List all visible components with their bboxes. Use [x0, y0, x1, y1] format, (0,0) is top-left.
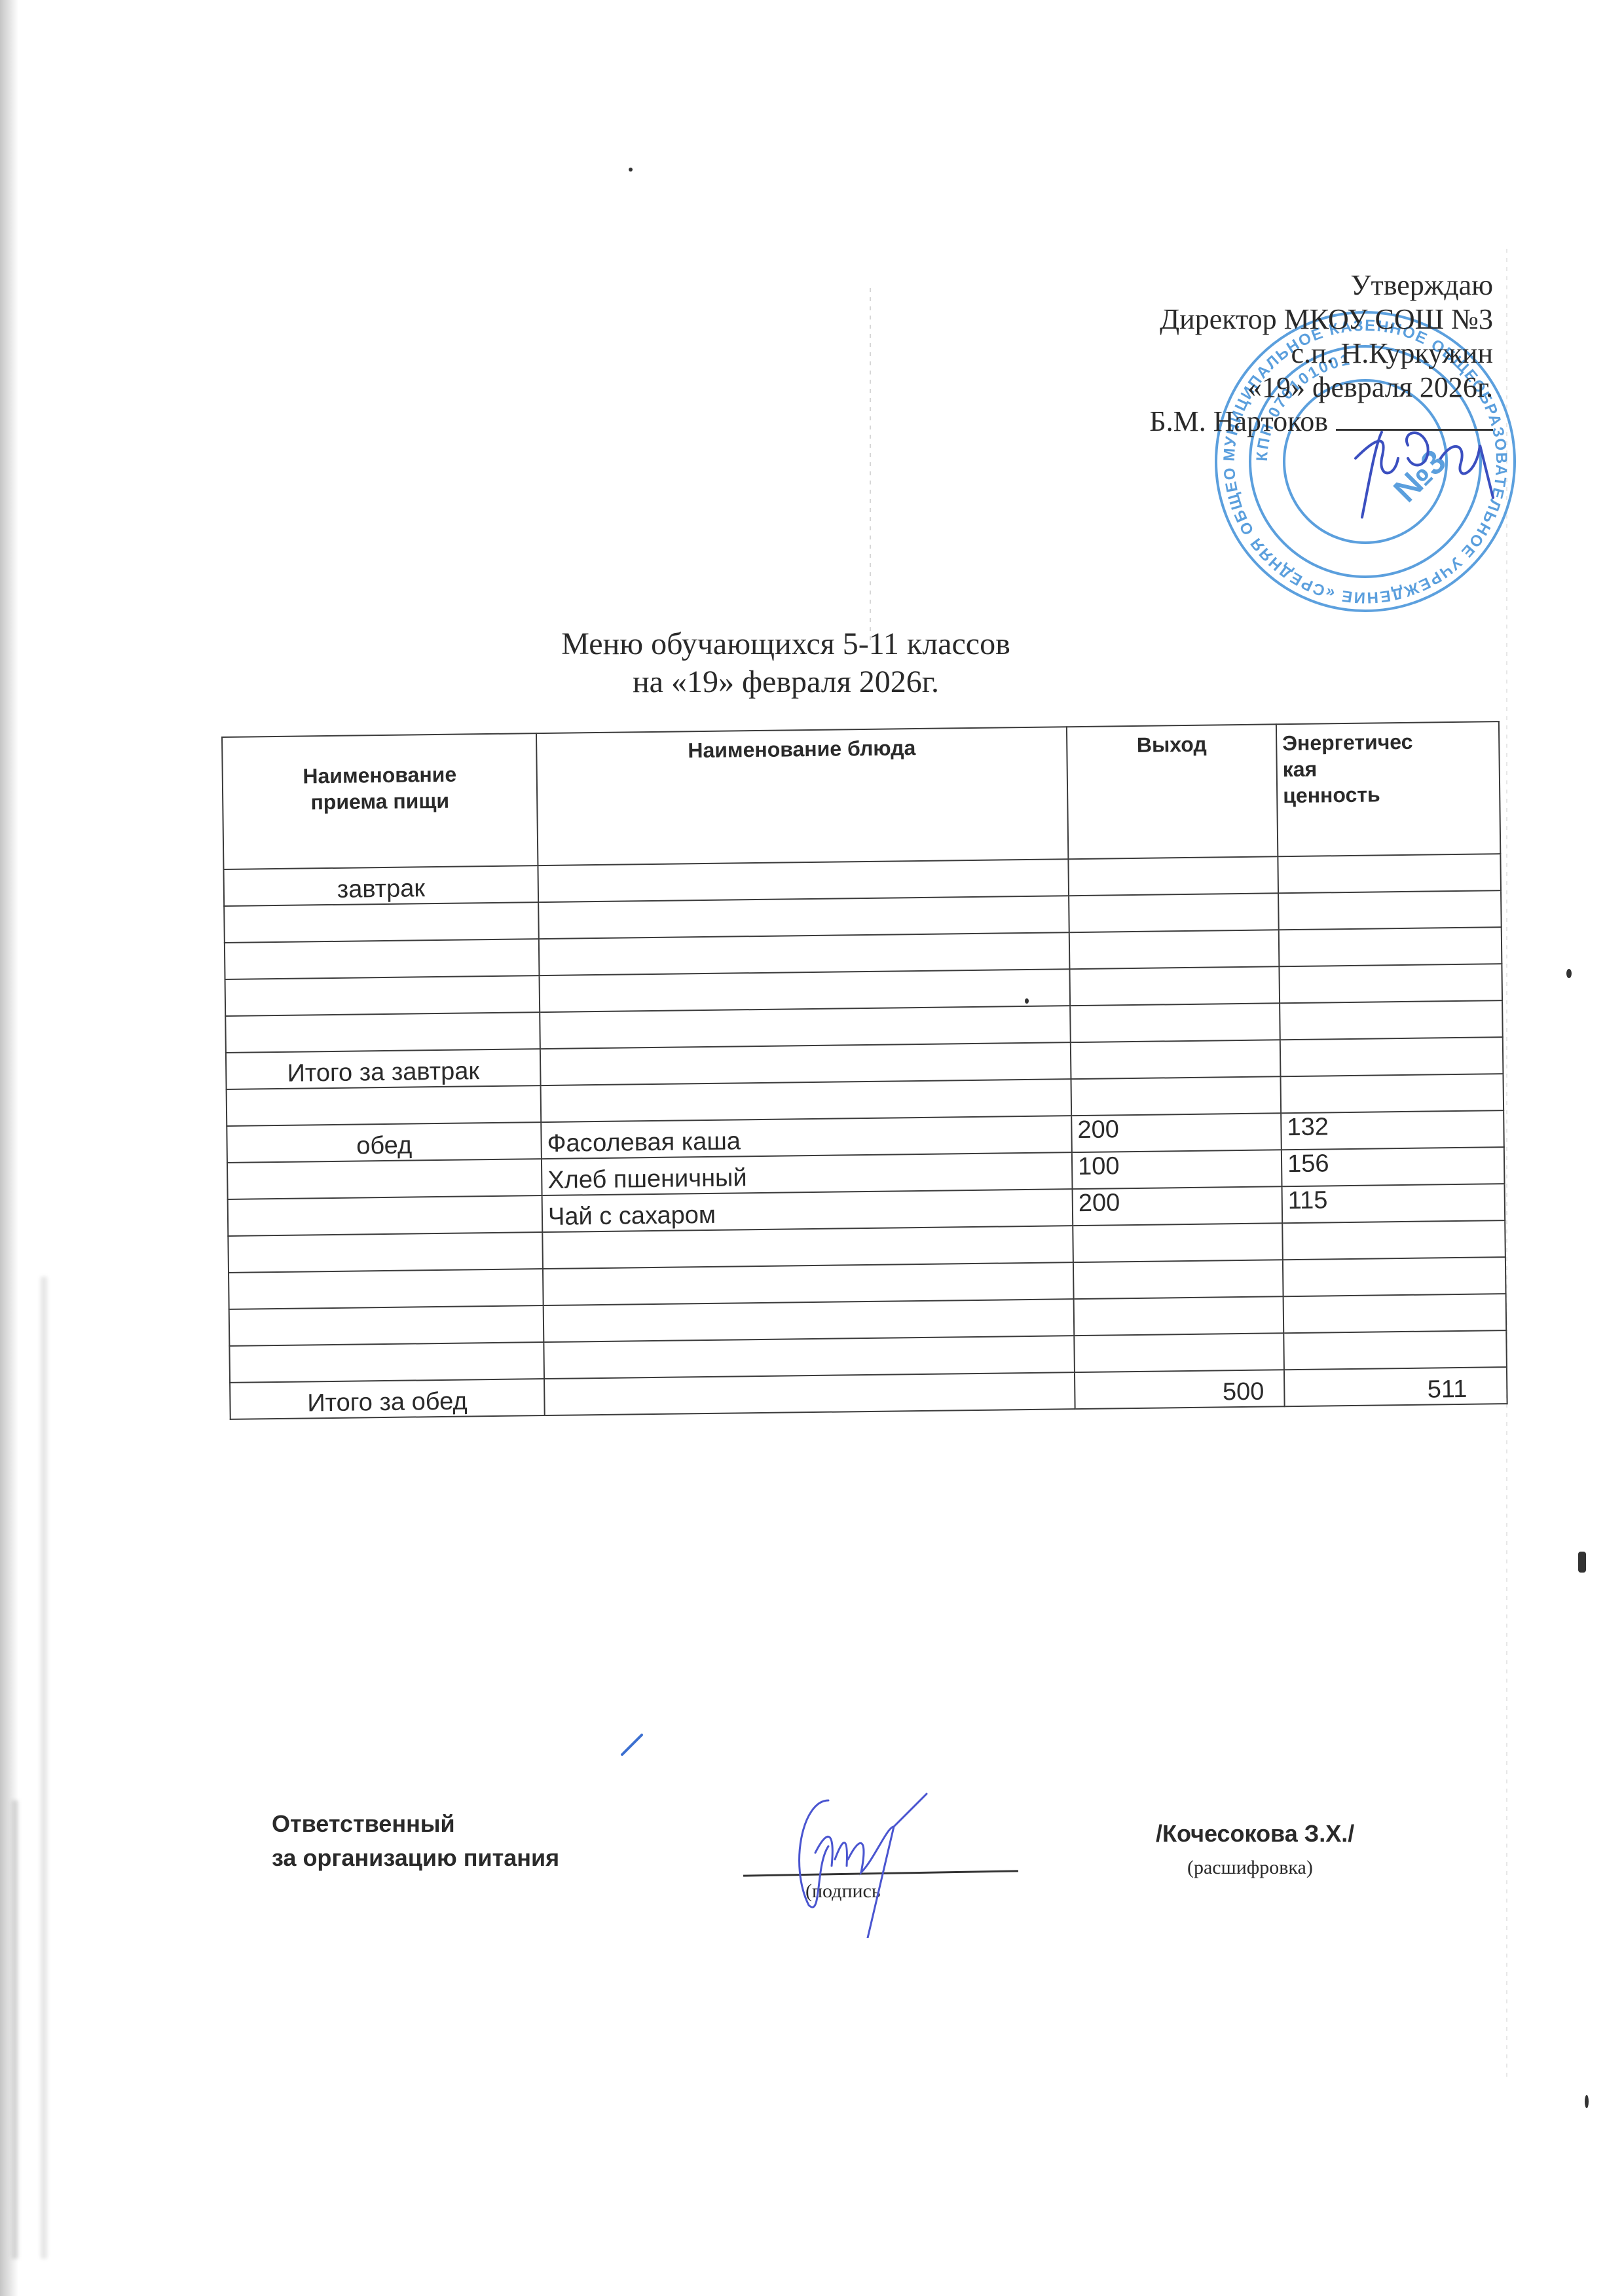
cell-dish: [539, 969, 1070, 1012]
cell-output: [1069, 966, 1280, 1006]
cell-meal: [229, 1269, 544, 1309]
cell-output: 200: [1073, 1186, 1283, 1226]
scan-speck: [1566, 969, 1572, 978]
approval-block: Утверждаю Директор МКОУ СОШ №3 с.п. Н.Ку…: [1149, 268, 1493, 439]
cell-energy: 511: [1284, 1367, 1507, 1406]
cell-dish: [541, 1079, 1072, 1122]
cell-output: [1069, 930, 1280, 969]
responsible-signature: [769, 1787, 966, 1938]
cell-energy: [1282, 1220, 1505, 1260]
cell-meal: [229, 1305, 544, 1346]
cell-meal: [225, 939, 540, 979]
cell-meal: [225, 1012, 540, 1053]
header-meal: Наименование приема пищи: [222, 733, 538, 869]
cell-energy: [1279, 964, 1502, 1003]
director-signature: [1336, 419, 1506, 524]
cell-dish: [538, 896, 1069, 939]
cell-dish: Хлеб пшеничный: [542, 1152, 1073, 1195]
cell-dish: [540, 1042, 1071, 1085]
cell-energy: [1283, 1257, 1506, 1296]
cell-output: 100: [1072, 1150, 1282, 1189]
cell-meal: [228, 1195, 543, 1236]
cell-dish: [544, 1372, 1075, 1415]
approval-signer: Б.М. Нартоков: [1149, 405, 1328, 437]
cell-meal: [224, 902, 539, 943]
cell-dish: [544, 1336, 1075, 1379]
cell-output: [1071, 1040, 1281, 1079]
cell-energy: 115: [1282, 1184, 1505, 1223]
header-dish: Наименование блюда: [536, 727, 1068, 866]
cell-output: 200: [1071, 1113, 1282, 1152]
cell-meal: Итого за завтрак: [226, 1049, 541, 1089]
cell-energy: [1278, 854, 1501, 893]
approval-heading: Утверждаю: [1149, 268, 1493, 302]
cell-output: [1070, 1003, 1280, 1042]
approval-position: Директор МКОУ СОШ №3: [1149, 302, 1493, 337]
cell-energy: [1283, 1294, 1507, 1333]
scan-line: [870, 288, 871, 642]
footer-signature-block: Ответственный за организацию питания (по…: [272, 1794, 1450, 1925]
cell-dish: [539, 932, 1070, 975]
scan-speck: [629, 168, 633, 172]
cell-output: [1068, 856, 1278, 896]
menu-table-body: завтракИтого за завтракобедФасолевая каш…: [223, 854, 1507, 1419]
cell-energy: [1280, 1037, 1504, 1076]
cell-meal: [227, 1159, 542, 1199]
cell-energy: [1283, 1330, 1507, 1370]
cell-output: [1073, 1260, 1283, 1299]
cell-dish: [543, 1262, 1074, 1305]
menu-table-container: Наименование приема пищи Наименование бл…: [221, 721, 1507, 1420]
responsible-name: /Кочесокова З.Х./: [1156, 1820, 1354, 1848]
pen-mark: [619, 1732, 645, 1758]
document-title: Меню обучающихся 5-11 классов на «19» фе…: [0, 625, 1624, 701]
name-caption: (расшифровка): [1187, 1857, 1313, 1879]
cell-meal: обед: [227, 1122, 542, 1163]
cell-dish: Фасолевая каша: [541, 1116, 1072, 1159]
cell-energy: [1280, 1074, 1504, 1113]
scan-speck: [1585, 2095, 1589, 2108]
header-output: Выход: [1067, 724, 1278, 859]
cell-dish: [544, 1299, 1075, 1342]
cell-meal: [227, 1085, 542, 1126]
cell-meal: завтрак: [223, 866, 538, 906]
title-line-2: на «19» февраля 2026г.: [0, 663, 1598, 701]
cell-output: [1073, 1223, 1283, 1262]
cell-output: [1074, 1296, 1284, 1336]
cell-meal: [229, 1342, 544, 1383]
cell-energy: 132: [1281, 1110, 1504, 1150]
responsible-label: Ответственный за организацию питания: [272, 1807, 559, 1875]
approval-date: «19» февраля 2026г.: [1149, 371, 1493, 405]
cell-energy: 156: [1282, 1147, 1505, 1186]
cell-output: 500: [1075, 1370, 1285, 1409]
menu-table: Наименование приема пищи Наименование бл…: [221, 721, 1508, 1420]
cell-output: [1071, 1076, 1281, 1116]
cell-meal: [228, 1232, 543, 1273]
scan-streak: [41, 1277, 47, 2259]
approval-locality: с.п. Н.Куркужин: [1149, 337, 1493, 371]
header-energy: Энергетичес кая ценность: [1276, 721, 1500, 856]
cell-dish: [538, 859, 1069, 902]
scan-speck: [1578, 1552, 1586, 1573]
cell-meal: Итого за обед: [230, 1379, 545, 1419]
cell-energy: [1278, 890, 1502, 930]
cell-energy: [1279, 927, 1502, 966]
cell-dish: Чай с сахаром: [542, 1189, 1073, 1232]
cell-energy: [1280, 1000, 1503, 1040]
signature-area: (подпись: [743, 1794, 1031, 1925]
scan-streak: [12, 1800, 18, 2259]
cell-meal: [225, 975, 540, 1016]
table-header-row: Наименование приема пищи Наименование бл…: [222, 721, 1500, 869]
title-line-1: Меню обучающихся 5-11 классов: [0, 625, 1598, 663]
cell-dish: [540, 1006, 1071, 1049]
cell-output: [1069, 893, 1279, 932]
cell-dish: [542, 1226, 1073, 1269]
cell-output: [1074, 1333, 1284, 1372]
